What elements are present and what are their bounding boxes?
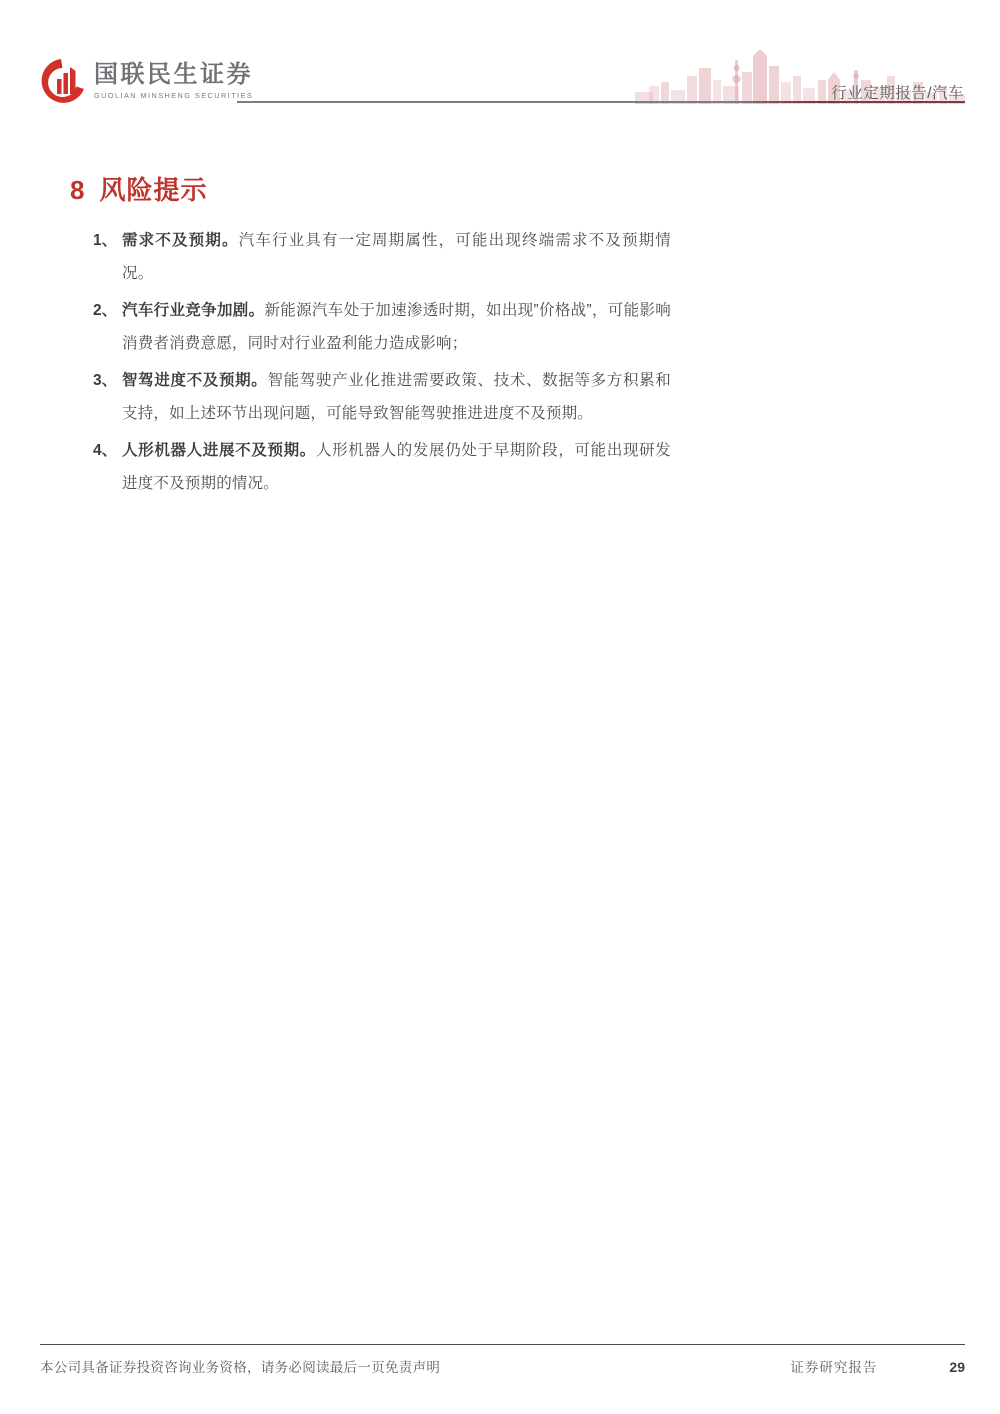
footer-divider: [40, 1344, 965, 1345]
logo-name-cn: 国联民生证券: [94, 62, 253, 88]
footer: 本公司具备证券投资咨询业务资格，请务必阅读最后一页免责声明 证券研究报告 29: [40, 1356, 965, 1376]
guolian-minsheng-logo-icon: [38, 58, 88, 106]
risk-item-3: 3、 智驾进度不及预期。智能驾驶产业化推进需要政策、技术、数据等多方积累和支持，…: [93, 364, 671, 430]
footer-right-block: 证券研究报告 29: [790, 1356, 965, 1376]
risk-index: 2、: [93, 294, 122, 360]
risk-index: 4、: [93, 434, 122, 500]
risk-item-2: 2、 汽车行业竞争加剧。新能源汽车处于加速渗透时期，如出现”价格战”，可能影响消…: [93, 294, 671, 360]
logo-text-block: 国联民生证券 GUOLIAN MINSHENG SECURITIES: [94, 58, 253, 100]
report-page: 国联民生证券 GUOLIAN MINSHENG SECURITIES: [0, 0, 1000, 1414]
risk-index: 1、: [93, 224, 122, 290]
footer-report-label: 证券研究报告: [790, 1356, 877, 1376]
risk-text: 人形机器人进展不及预期。人形机器人的发展仍处于早期阶段，可能出现研发进度不及预期…: [122, 434, 671, 500]
section-number: 8: [70, 175, 85, 205]
risk-index: 3、: [93, 364, 122, 430]
footer-disclaimer: 本公司具备证券投资咨询业务资格，请务必阅读最后一页免责声明: [40, 1356, 440, 1376]
risk-text: 汽车行业竞争加剧。新能源汽车处于加速渗透时期，如出现”价格战”，可能影响消费者消…: [122, 294, 671, 360]
risk-text: 需求不及预期。汽车行业具有一定周期属性，可能出现终端需求不及预期情况。: [122, 224, 671, 290]
risk-lead: 智驾进度不及预期。: [122, 372, 267, 389]
section-title: 8风险提示: [70, 170, 207, 207]
risk-lead: 汽车行业竞争加剧。: [122, 302, 264, 319]
report-type-label: 行业定期报告/汽车: [831, 81, 964, 103]
risk-item-4: 4、 人形机器人进展不及预期。人形机器人的发展仍处于早期阶段，可能出现研发进度不…: [93, 434, 671, 500]
company-logo: 国联民生证券 GUOLIAN MINSHENG SECURITIES: [38, 58, 253, 106]
section-title-text: 风险提示: [99, 175, 207, 205]
risk-text: 智驾进度不及预期。智能驾驶产业化推进需要政策、技术、数据等多方积累和支持，如上述…: [122, 364, 671, 430]
risk-lead: 人形机器人进展不及预期。: [122, 442, 316, 459]
risk-list: 1、 需求不及预期。汽车行业具有一定周期属性，可能出现终端需求不及预期情况。 2…: [93, 224, 671, 504]
risk-item-1: 1、 需求不及预期。汽车行业具有一定周期属性，可能出现终端需求不及预期情况。: [93, 224, 671, 290]
logo-name-en: GUOLIAN MINSHENG SECURITIES: [94, 91, 253, 100]
risk-lead: 需求不及预期。: [122, 232, 239, 249]
page-number: 29: [949, 1359, 965, 1375]
